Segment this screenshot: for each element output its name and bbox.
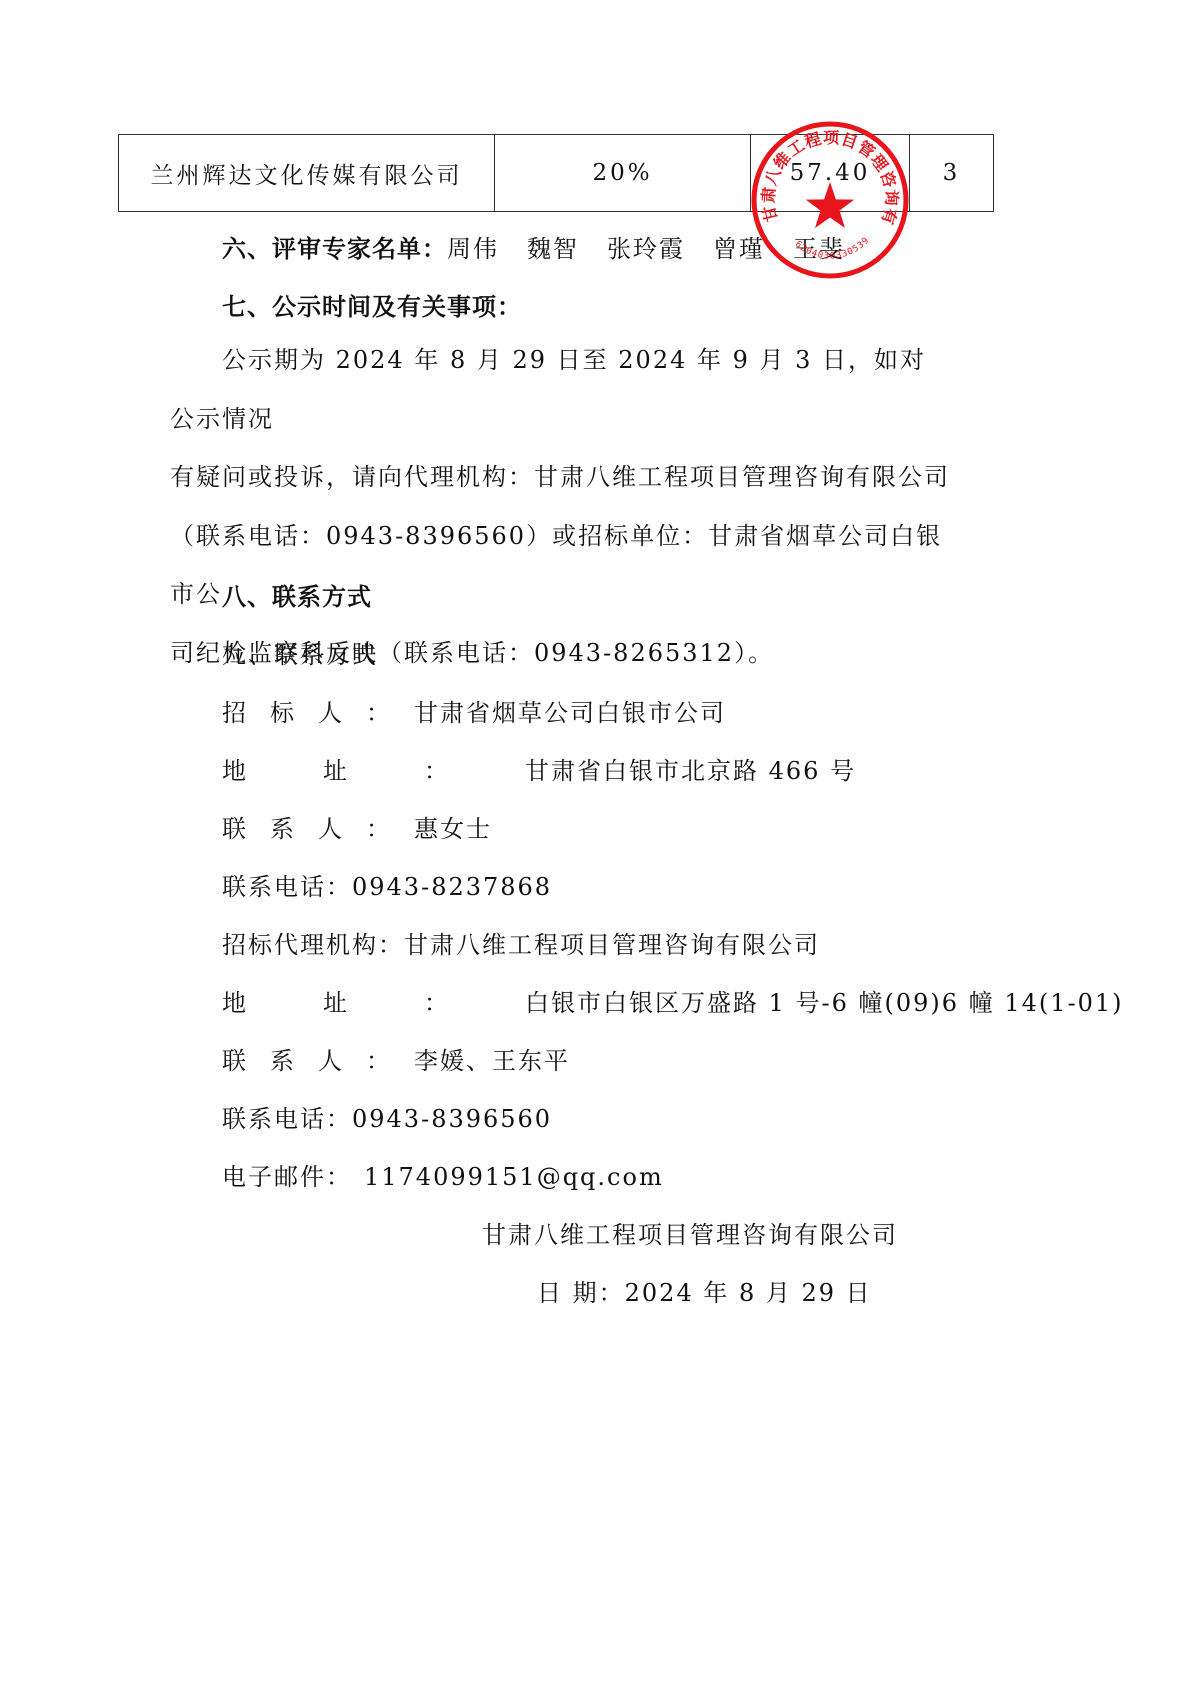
expert-name: 王斐 [793,235,845,263]
agency-contact-line: 联系人：李媛、王东平 [222,1041,570,1076]
agency-email-line: 电子邮件：1174099151@qq.com [222,1157,664,1192]
tenderer-phone-line: 联系电话：0943-8237868 [222,867,552,902]
field-label: 联系人： [222,809,414,844]
agency-name-line: 招标代理机构：甘肃八维工程项目管理咨询有限公司 [222,925,820,960]
company-cell: 兰州辉达文化传媒有限公司 [119,135,495,212]
field-label: 联系电话： [222,867,352,902]
section-9-heading: 九、联系方式 [222,635,378,670]
document-page: 兰州辉达文化传媒有限公司 20% 57.40 3 六、评审专家名单：周伟魏智张玲… [0,0,1191,1684]
results-table: 兰州辉达文化传媒有限公司 20% 57.40 3 [118,134,994,212]
field-label: 招标代理机构： [222,925,404,960]
expert-name: 周伟 [447,235,499,263]
signature-organization: 甘肃八维工程项目管理咨询有限公司 [482,1215,898,1250]
date-label: 日 期： [537,1279,625,1307]
section-7-heading: 七、公示时间及有关事项： [222,287,522,322]
field-label: 地址： [222,751,525,786]
field-label: 电子邮件： [222,1157,352,1192]
tenderer-address-line: 地址：甘肃省白银市北京路 466 号 [222,751,856,786]
tenderer-address: 甘肃省白银市北京路 466 号 [525,757,856,785]
paragraph-line: 公示期为 2024 年 8 月 29 日至 2024 年 9 月 3 日，如对公… [170,331,950,448]
agency-contact: 李媛、王东平 [414,1047,570,1075]
expert-list-line: 六、评审专家名单：周伟魏智张玲霞曾瑾王斐 [222,229,873,264]
section-6-heading: 六、评审专家名单： [222,235,447,263]
tenderer-contact: 惠女士 [414,815,492,843]
agency-name: 甘肃八维工程项目管理咨询有限公司 [404,931,820,959]
notice-paragraph: 公示期为 2024 年 8 月 29 日至 2024 年 9 月 3 日，如对公… [170,331,950,682]
expert-names: 周伟魏智张玲霞曾瑾王斐 [447,235,873,263]
tenderer-name-line: 招标人：甘肃省烟草公司白银市公司 [222,693,726,728]
field-label: 联系人： [222,1041,414,1076]
tenderer-phone: 0943-8237868 [352,873,552,901]
expert-name: 曾瑾 [713,235,765,263]
score-cell: 57.40 [751,135,910,212]
percentage-cell: 20% [495,135,751,212]
agency-address: 白银市白银区万盛路 1 号-6 幢(09)6 幢 14(1-01) [525,989,1124,1017]
section-8-heading: 八、联系方式 [222,577,372,612]
signature-date: 2024 年 8 月 29 日 [625,1279,872,1307]
paragraph-line: 有疑问或投诉，请向代理机构：甘肃八维工程项目管理咨询有限公司 [170,448,950,507]
field-label: 地址： [222,983,525,1018]
field-label: 招标人： [222,693,414,728]
agency-address-line: 地址：白银市白银区万盛路 1 号-6 幢(09)6 幢 14(1-01) [222,983,1124,1018]
agency-phone: 0943-8396560 [352,1105,552,1133]
agency-email: 1174099151@qq.com [364,1163,664,1191]
tenderer-contact-line: 联系人：惠女士 [222,809,492,844]
table-row: 兰州辉达文化传媒有限公司 20% 57.40 3 [119,135,994,212]
rank-cell: 3 [910,135,994,212]
expert-name: 张玲霞 [607,235,685,263]
signature-date-line: 日 期：2024 年 8 月 29 日 [537,1273,872,1308]
tenderer-name: 甘肃省烟草公司白银市公司 [414,699,726,727]
field-label: 联系电话： [222,1099,352,1134]
expert-name: 魏智 [527,235,579,263]
agency-phone-line: 联系电话：0943-8396560 [222,1099,552,1134]
